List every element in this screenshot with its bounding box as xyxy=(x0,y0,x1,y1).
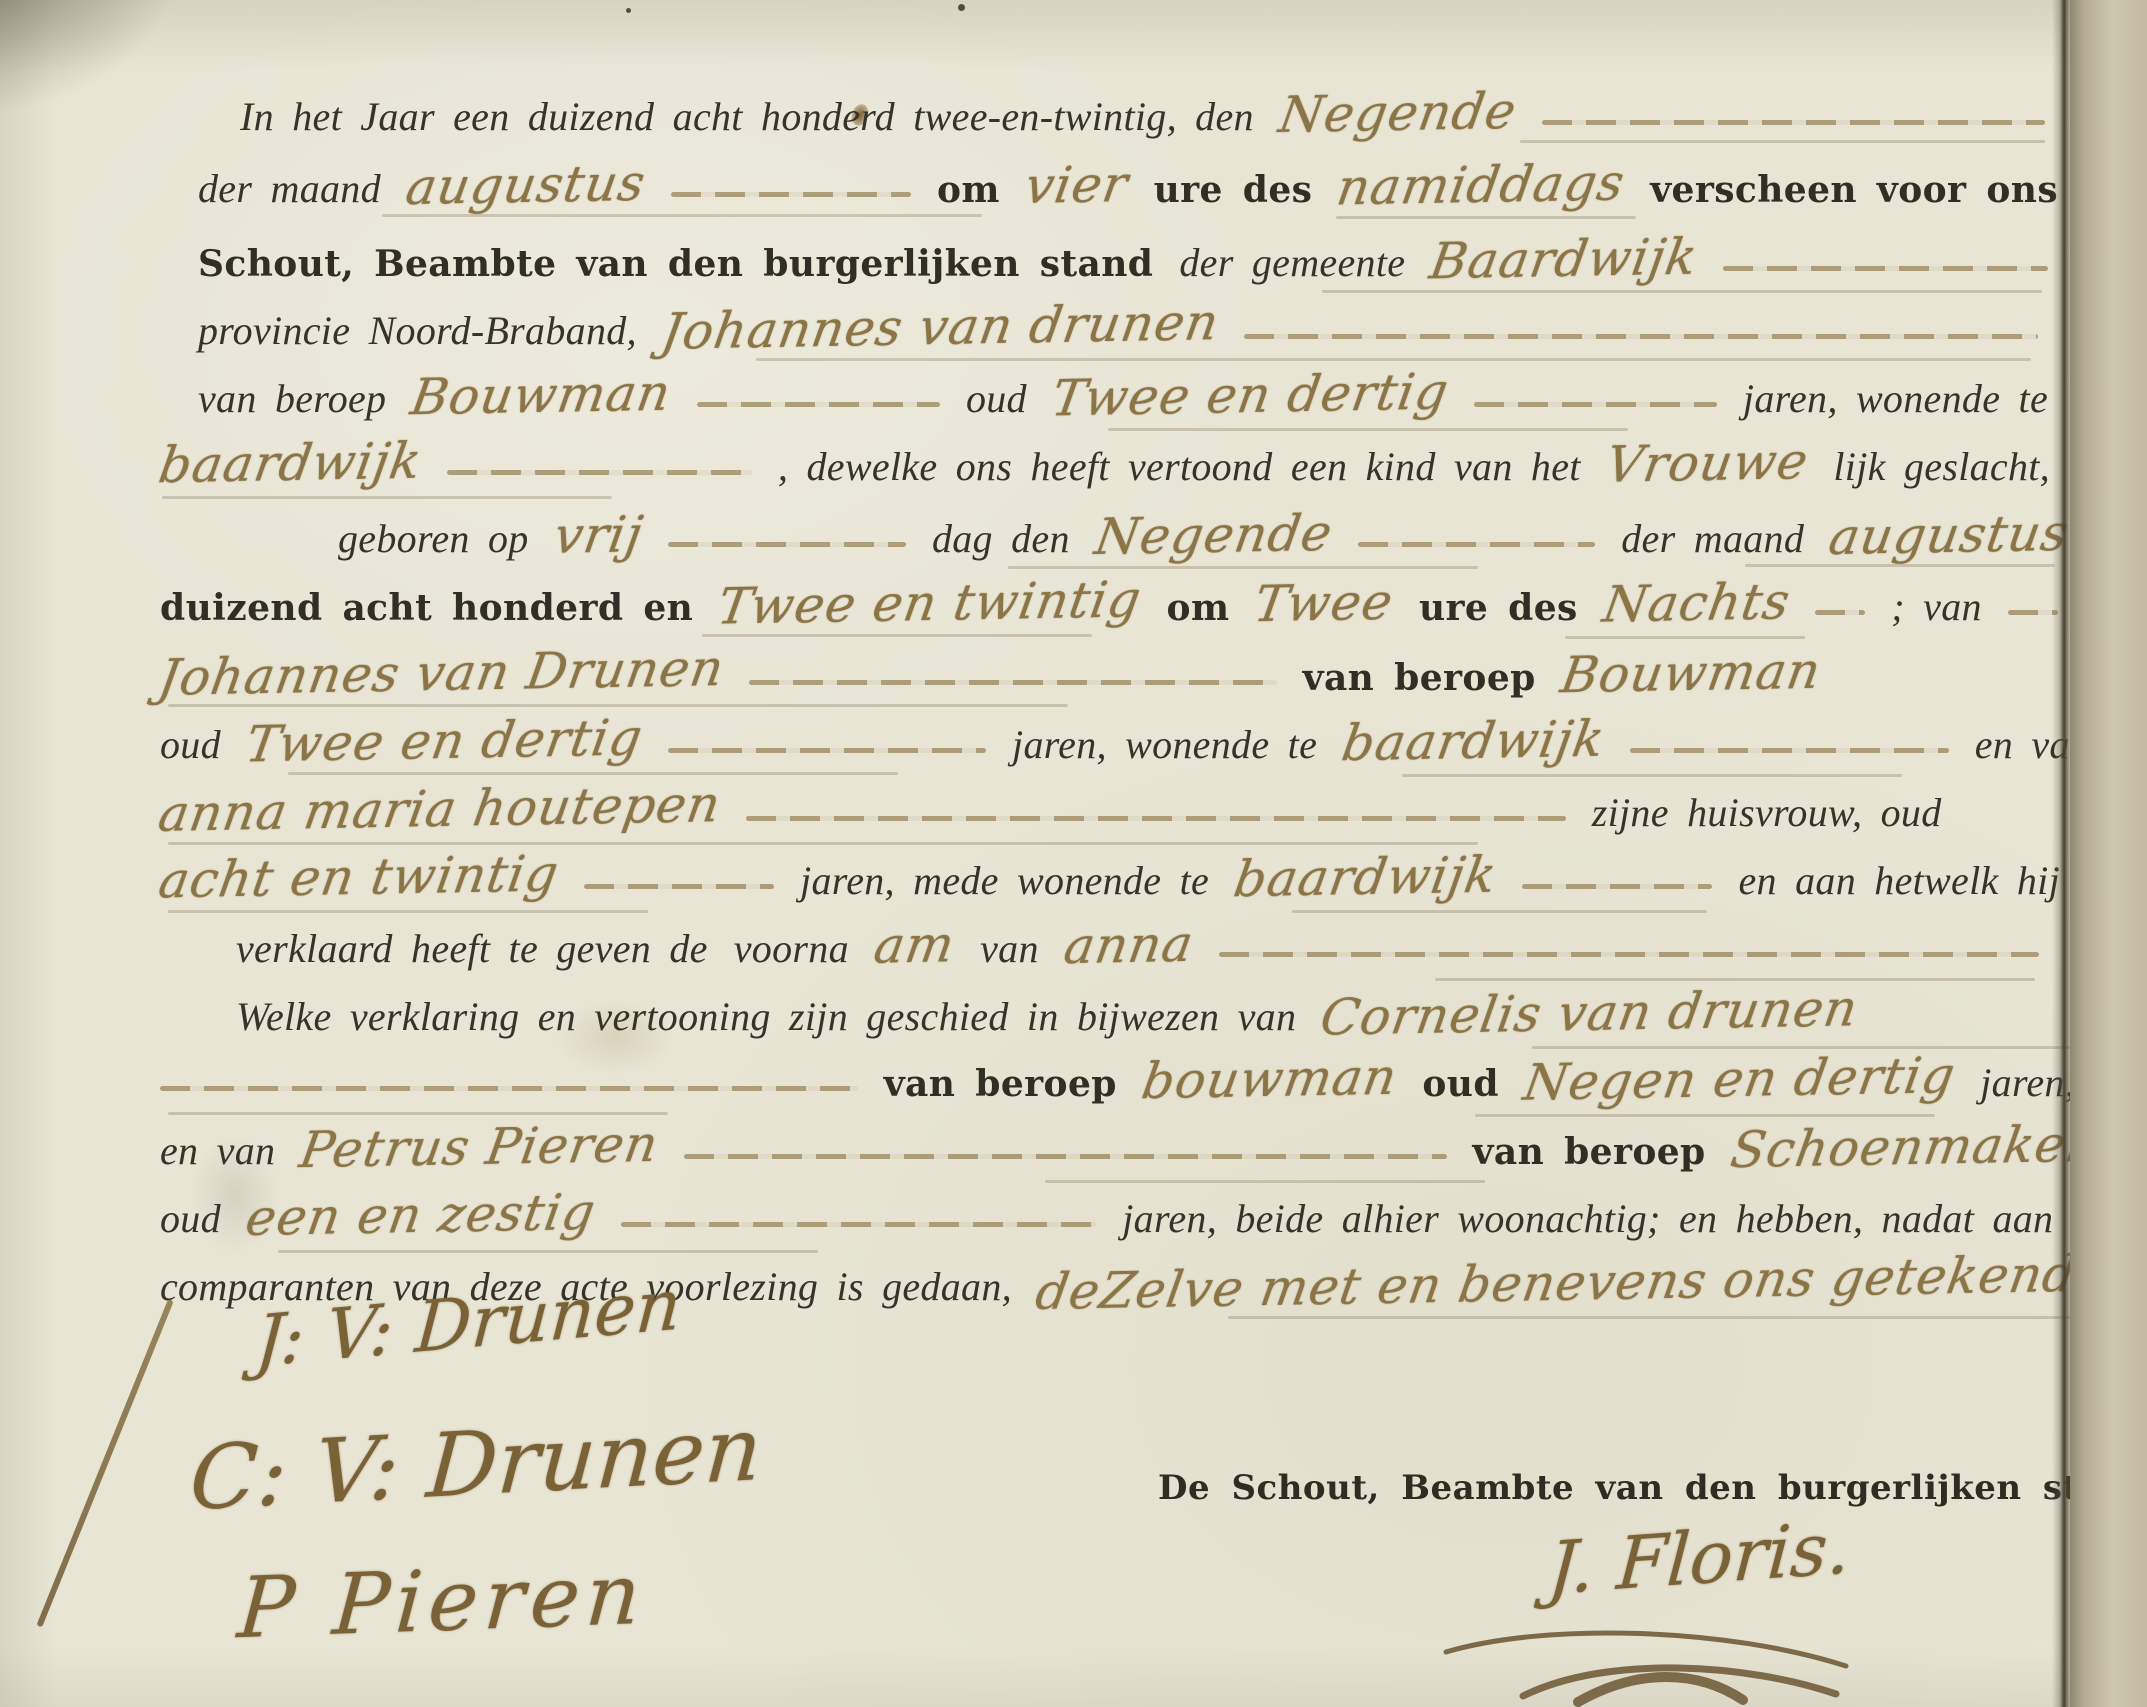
printed-form-text: zijne huisvrouw, oud xyxy=(1592,789,1942,836)
printed-form-text: verklaard heeft te geven de xyxy=(236,925,708,972)
ink-dash-filler xyxy=(1244,334,2038,339)
handwritten-entry: Negende xyxy=(1275,82,1521,144)
printed-form-text: duizend acht honderd en xyxy=(160,587,693,629)
signature-witness-1: C: V: Drunen xyxy=(187,1397,765,1530)
document-line: van beroepbouwmanoudNegen en dertigjaren… xyxy=(160,1050,2075,1112)
form-rule-line xyxy=(1045,1180,1485,1183)
ink-dash-filler xyxy=(2008,610,2058,615)
form-rule-line xyxy=(1292,910,1707,913)
document-line: oudeen en zestigjaren, beide alhier woon… xyxy=(160,1186,2110,1248)
form-rule-line xyxy=(278,1250,818,1253)
handwritten-entry: am xyxy=(870,915,959,974)
handwritten-entry: anna maria houtepen xyxy=(155,775,726,843)
printed-form-text: oud xyxy=(966,375,1027,422)
printed-form-text: om xyxy=(1167,587,1230,629)
ink-dash-filler xyxy=(1542,120,2045,125)
ink-dash-filler xyxy=(684,1154,1447,1159)
ink-speck xyxy=(626,8,631,13)
printed-form-text: van beroep xyxy=(1303,657,1536,699)
document-line: acht en twintigjaren, mede wonende tebaa… xyxy=(160,848,2060,910)
handwritten-entry: acht en twintig xyxy=(155,845,563,910)
handwritten-entry: deZelve met en benevens ons getekend xyxy=(1032,1245,2081,1321)
form-rule-line xyxy=(1108,428,1628,431)
ink-dash-filler xyxy=(1474,402,1717,407)
printed-form-text: provincie Noord-Braband, xyxy=(198,307,637,354)
handwritten-entry: Vrouwe xyxy=(1602,432,1813,493)
printed-form-text: ure des xyxy=(1154,169,1313,211)
printed-form-text: der maand xyxy=(1621,515,1804,562)
signature-witness-2: P Pieren xyxy=(235,1545,650,1658)
printed-form-text: jaren, mede wonende te xyxy=(800,857,1209,904)
printed-form-text: om xyxy=(937,169,1000,211)
document-line: der maandaugustusomvierure desnamiddagsv… xyxy=(198,156,2058,218)
document-line: verklaard heeft te geven devoornaamvanan… xyxy=(236,916,2046,978)
ink-dash-filler xyxy=(1219,952,2039,957)
form-rule-line xyxy=(1402,774,1902,777)
printed-form-text: van xyxy=(980,925,1039,972)
handwritten-entry: vier xyxy=(1021,155,1132,215)
ink-dash-filler xyxy=(1522,884,1712,889)
form-rule-line xyxy=(162,496,612,499)
document-line: In het Jaar een duizend acht honderd twe… xyxy=(240,84,2045,146)
document-line: oudTwee en dertigjaren, wonende tebaardw… xyxy=(160,712,2090,774)
printed-form-text: ure des xyxy=(1419,587,1578,629)
ink-dash-filler xyxy=(749,680,1277,685)
handwritten-entry: baardwijk xyxy=(1230,846,1501,909)
handwritten-entry: namiddags xyxy=(1333,154,1629,217)
handwritten-entry: Baardwijk xyxy=(1426,228,1702,291)
printed-form-text: en van xyxy=(160,1127,275,1174)
printed-form-text: Schout, Beambte van den burgerlijken sta… xyxy=(198,243,1153,285)
handwritten-entry: Twee en dertig xyxy=(1048,363,1453,428)
printed-form-text: oud xyxy=(160,721,221,768)
ink-dash-filler xyxy=(584,884,774,889)
signature-flourish xyxy=(1428,1622,1858,1707)
printed-form-text: dag den xyxy=(932,515,1070,562)
printed-form-text: lijk geslacht, xyxy=(1833,443,2050,490)
ink-dash-filler xyxy=(1723,266,2048,271)
handwritten-entry: Johannes van Drunen xyxy=(155,639,729,707)
document-line: baardwijk, dewelke ons heeft vertoond ee… xyxy=(160,434,2050,496)
document-line: Welke verklaring en vertooning zijn gesc… xyxy=(236,984,1857,1046)
handwritten-entry: Twee en dertig xyxy=(242,709,647,774)
printed-form-text: van beroep xyxy=(1473,1131,1706,1173)
document-line: van beroepBouwmanoudTwee en dertigjaren,… xyxy=(198,366,2048,428)
handwritten-entry: Negen en dertig xyxy=(1520,1046,1960,1111)
handwritten-entry: augustus xyxy=(1825,504,2073,566)
handwritten-entry: Twee en twintig xyxy=(714,570,1146,635)
ink-dash-filler xyxy=(1815,610,1865,615)
ink-dash-filler xyxy=(1630,748,1948,753)
ink-speck xyxy=(958,4,965,11)
handwritten-entry: baardwijk xyxy=(1338,710,1609,773)
form-rule-line xyxy=(168,842,1478,845)
form-rule-line xyxy=(168,910,648,913)
document-scan: In het Jaar een duizend acht honderd twe… xyxy=(0,0,2147,1707)
next-page-edge xyxy=(2070,0,2147,1707)
document-line: Schout, Beambte van den burgerlijken sta… xyxy=(198,230,2048,292)
handwritten-entry: Cornelis van drunen xyxy=(1317,979,1863,1046)
printed-form-text: van beroep xyxy=(884,1063,1117,1105)
printed-form-text: jaren, beide alhier woonachtig; en hebbe… xyxy=(1122,1195,2110,1242)
handwritten-entry: Schoenmaker xyxy=(1726,1115,2095,1179)
printed-form-text: In het Jaar een duizend acht honderd twe… xyxy=(240,93,1254,140)
printed-form-text: , dewelke ons heeft vertoond een kind va… xyxy=(778,443,1581,490)
handwritten-entry: baardwijk xyxy=(155,432,426,495)
document-line: Johannes van Drunenvan beroepBouwman xyxy=(160,644,1820,706)
printed-form-text: der gemeente xyxy=(1179,239,1405,286)
document-line: geboren opvrijdag denNegendeder maandaug… xyxy=(338,506,2068,568)
ink-dash-filler xyxy=(668,542,906,547)
pen-stroke xyxy=(36,1299,173,1628)
ink-dash-filler xyxy=(671,192,911,197)
document-line: provincie Noord-Braband,Johannes van dru… xyxy=(198,298,2038,360)
handwritten-entry: Petrus Pieren xyxy=(296,1115,663,1179)
closing-official-title: De Schout, Beambte van den burgerlijken … xyxy=(1158,1468,2147,1508)
printed-form-text: van beroep xyxy=(198,375,386,422)
signature-official: J. Floris. xyxy=(1545,1505,1853,1611)
handwritten-entry: anna xyxy=(1060,915,1198,975)
printed-form-text: oud xyxy=(160,1195,221,1242)
document-line: en vanPetrus Pierenvan beroepSchoenmaker xyxy=(160,1118,2090,1180)
handwritten-entry: Negende xyxy=(1091,504,1337,566)
printed-form-text: der maand xyxy=(198,165,381,212)
ink-dash-filler xyxy=(621,1222,1097,1227)
form-rule-line xyxy=(168,1112,668,1115)
printed-form-text: ; van xyxy=(1891,583,1982,630)
handwritten-entry: Johannes van drunen xyxy=(657,293,1223,361)
ink-dash-filler xyxy=(746,816,1566,821)
handwritten-entry: augustus xyxy=(402,154,650,216)
ink-dash-filler xyxy=(668,748,986,753)
printed-form-text: jaren, wonende te xyxy=(1743,375,2048,422)
form-rule-line xyxy=(1475,1114,1935,1117)
printed-form-text: verscheen voor ons xyxy=(1650,169,2058,211)
handwritten-entry: Bouwman xyxy=(1557,642,1825,704)
document-line: duizend acht honderd enTwee en twintigom… xyxy=(160,574,2050,636)
ink-dash-filler xyxy=(697,402,940,407)
printed-form-text: geboren op xyxy=(338,515,529,562)
handwritten-entry: Twee xyxy=(1251,573,1398,633)
form-rule-line xyxy=(1565,636,1805,639)
document-line: anna maria houtepenzijne huisvrouw, oud xyxy=(160,780,2050,842)
printed-form-text: oud xyxy=(1422,1063,1499,1105)
handwritten-entry: een en zestig xyxy=(242,1183,600,1247)
handwritten-entry: Nachts xyxy=(1599,572,1794,633)
printed-form-text: en aan hetwelk hij xyxy=(1738,857,2060,904)
handwritten-entry: vrij xyxy=(550,505,647,565)
printed-form-text: jaren, wonende te xyxy=(1012,721,1317,768)
ink-dash-filler xyxy=(447,470,752,475)
printed-form-text: voorna xyxy=(734,925,849,972)
ink-dash-filler xyxy=(160,1086,858,1091)
ink-dash-filler xyxy=(1358,542,1596,547)
handwritten-entry: Bouwman xyxy=(407,364,675,426)
printed-form-text: Welke verklaring en vertooning zijn gesc… xyxy=(236,993,1296,1040)
form-rule-line xyxy=(1228,1316,2108,1319)
handwritten-entry: bouwman xyxy=(1138,1048,1402,1110)
